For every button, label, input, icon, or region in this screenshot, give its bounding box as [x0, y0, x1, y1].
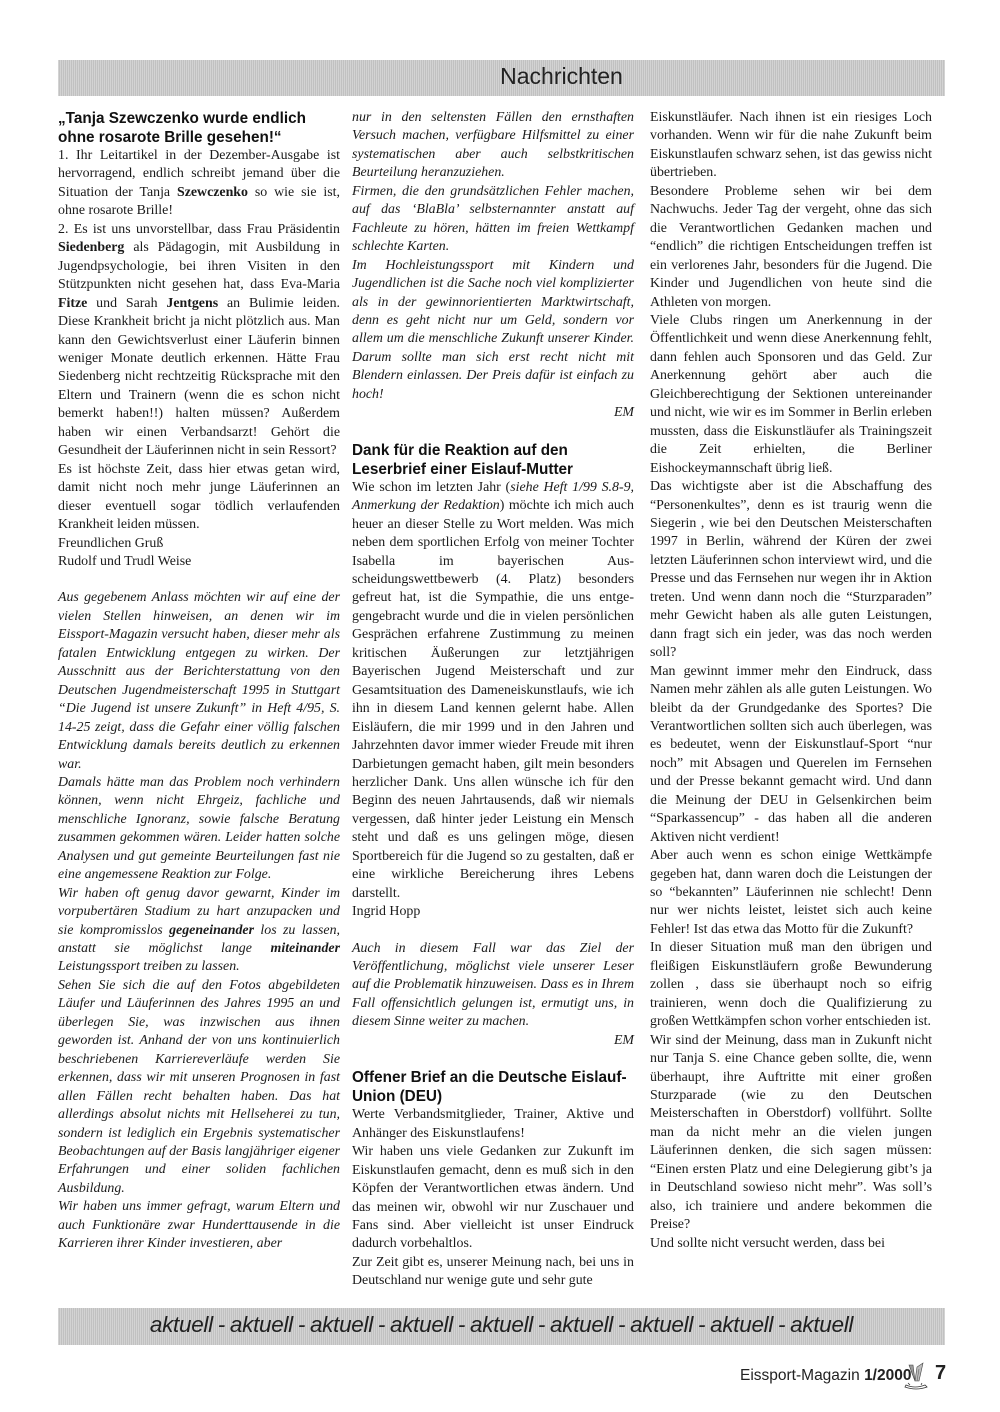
editor-note-1-para-1: Aus gegebenem Anlass möchten wir auf ein… [58, 589, 340, 774]
page-number: 7 [935, 1362, 946, 1385]
article-3-para-6: Das wichtigste aber ist die Abschaffung … [650, 478, 932, 663]
article-3-para-5: Viele Clubs ringen um Anerkennung in der… [650, 312, 932, 478]
article-1-closing: Freundlichen Gruß [58, 535, 340, 553]
bold-name: Siedenberg [58, 240, 124, 255]
article-1-title: „Tanja Szewczenko wurde endlich ohne ros… [58, 109, 340, 147]
editor-note-1-para-2: Damals hätte man das Problem noch verhin… [58, 774, 340, 885]
bold-name: Fitze [58, 296, 87, 311]
bold-name: Jentgens [166, 296, 218, 311]
editor-note-1-para-5a: Wir haben uns immer gefragt, warum Elter… [58, 1198, 340, 1253]
page-footer: Eissport-Magazin 1/2000 7 [740, 1365, 950, 1395]
editor-note-1-para-5b: nur in den seltensten Fällen den ernstha… [352, 109, 634, 183]
article-2-title: Dank für die Reaktion auf den Leserbrief… [352, 441, 634, 479]
column-2: nur in den seltensten Fällen den ernstha… [352, 109, 634, 1291]
article-1-para-3: Es ist höchste Zeit, dass hier etwas get… [58, 461, 340, 535]
magazine-name: Eissport-Magazin [740, 1367, 860, 1384]
article-3-para-7: Man gewinnt immer mehr den Eindruck, das… [650, 663, 932, 848]
article-3-para-8: Aber auch wenn es schon einige Wettkämpf… [650, 847, 932, 939]
editor-note-1-signature: EM [352, 404, 634, 422]
editor-note-1-para-3: Wir haben oft genug davor gewarnt, Kinde… [58, 885, 340, 977]
article-3-para-2: Wir haben uns viele Gedanken zur Zukunft… [352, 1143, 634, 1254]
skate-wing-logo-icon [903, 1361, 929, 1393]
article-1-para-2: 2. Es ist uns unvorstellbar, dass Frau P… [58, 221, 340, 461]
ticker-band: aktuell - aktuell - aktuell - aktuell - … [58, 1308, 945, 1345]
section-title: Nachrichten [58, 63, 945, 90]
editor-note-1-para-4: Sehen Sie sich die auf den Fotos abgebil… [58, 977, 340, 1198]
article-3-para-4: Besondere Probleme sehen wir bei dem Nac… [650, 183, 932, 312]
article-3-para-3a: Zur Zeit gibt es, unserer Meinung nach, … [352, 1254, 634, 1291]
editor-note-1-para-7: Im Hochleistungssport mit Kindern und Ju… [352, 257, 634, 405]
article-2-author: Ingrid Hopp [352, 903, 634, 921]
article-3-para-3b: Eiskunstläufer. Nach ihnen ist ein riesi… [650, 109, 932, 183]
editor-note-1-para-6: Firmen, die den grundsätzlichen Fehler m… [352, 183, 634, 257]
editor-note-2-signature: EM [352, 1032, 634, 1050]
article-2-para-1: Wie schon im letzten Jahr (siehe Heft 1/… [352, 479, 634, 903]
bold-name: Szewczenko [177, 185, 248, 200]
column-1: „Tanja Szewczenko wurde endlich ohne ros… [58, 109, 340, 1254]
article-3-para-9: In dieser Situation muß man den übrigen … [650, 939, 932, 1031]
editor-note-2-para-1: Auch in diesem Fall war das Ziel der Ver… [352, 940, 634, 1032]
article-3-para-1: Werte Verbandsmitglieder, Trainer, Aktiv… [352, 1106, 634, 1143]
article-1-para-1: 1. Ihr Leitartikel in der Dezember-Ausga… [58, 147, 340, 221]
article-3-title: Offener Brief an die Deutsche Eislauf-Un… [352, 1068, 634, 1106]
section-header-band: Nachrichten [58, 60, 945, 96]
article-1-author: Rudolf und Trudl Weise [58, 553, 340, 571]
article-3-para-10: Wir sind der Meinung, dass man in Zukunf… [650, 1032, 932, 1235]
ticker-text: aktuell - aktuell - aktuell - aktuell - … [58, 1312, 945, 1338]
column-3: Eiskunstläufer. Nach ihnen ist ein riesi… [650, 109, 932, 1253]
article-3-para-11: Und sollte nicht versucht werden, dass b… [650, 1235, 932, 1253]
